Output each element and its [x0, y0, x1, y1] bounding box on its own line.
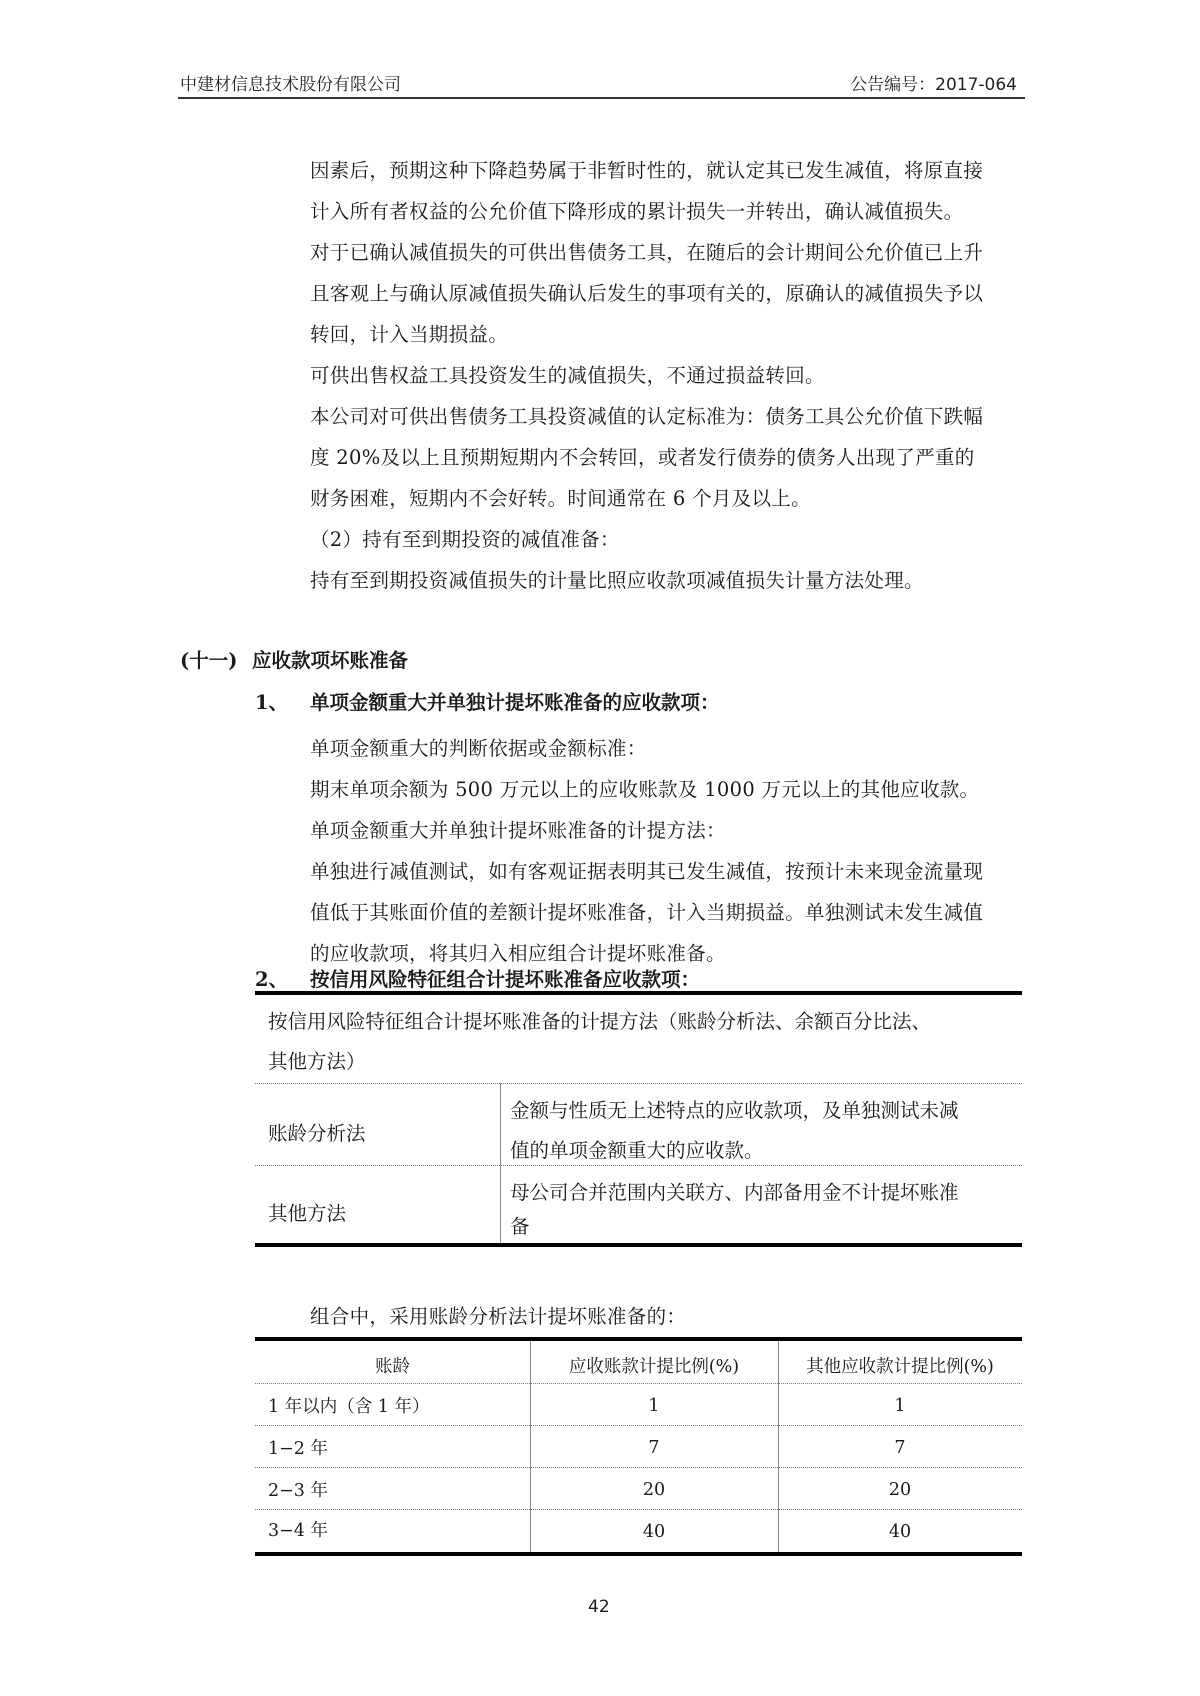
table-cell-value: 1	[778, 1396, 1022, 1416]
table-row-desc: 母公司合并范围内关联方、内部备用金不计提坏账准	[510, 1173, 959, 1213]
table-cell-age: 3−4 年	[268, 1517, 328, 1542]
body-line: 对于已确认减值损失的可供出售债务工具，在随后的会计期间公允价值已上升	[310, 232, 1025, 273]
table-top-rule	[255, 991, 1022, 995]
sub1-line: 期末单项余额为 500 万元以上的应收账款及 1000 万元以上的其他应收款。	[310, 769, 1025, 810]
table-row-desc: 备	[510, 1210, 530, 1244]
table-bottom-rule	[255, 1552, 1022, 1556]
table-cell-age: 2−3 年	[268, 1477, 328, 1502]
column-divider	[500, 1083, 501, 1245]
company-name: 中建材信息技术股份有限公司	[180, 70, 401, 95]
table-cell-age: 1−2 年	[268, 1435, 328, 1460]
section-title: 应收款项坏账准备	[252, 649, 408, 672]
body-line: 本公司对可供出售债务工具投资减值的认定标准为：债务工具公允价值下跌幅	[310, 396, 1025, 437]
section-heading: (十一)应收款项坏账准备	[180, 645, 408, 673]
table-header-line: 按信用风险特征组合计提坏账准备的计提方法（账龄分析法、余额百分比法、	[268, 1002, 1018, 1042]
sub1-line: 值低于其账面价值的差额计提坏账准备，计入当期损益。单独测试未发生减值	[310, 892, 1025, 933]
table-cell-value: 40	[778, 1522, 1022, 1542]
body-line: 计入所有者权益的公允价值下降形成的累计损失一并转出，确认减值损失。	[310, 191, 1025, 232]
announcement-number: 公告编号：2017-064	[850, 70, 1017, 95]
table-cell-value: 20	[530, 1480, 778, 1500]
body-line: 且客观上与确认原减值损失确认后发生的事项有关的，原确认的减值损失予以	[310, 273, 1025, 314]
table-bottom-rule	[255, 1243, 1022, 1247]
table-cell-value: 7	[778, 1438, 1022, 1458]
header-rule	[178, 97, 1025, 99]
row-divider	[255, 1467, 1022, 1468]
column-header: 其他应收款计提比例(%)	[778, 1353, 1022, 1378]
table-cell-value: 7	[530, 1438, 778, 1458]
table-cell-value: 1	[530, 1396, 778, 1416]
sub1-line: 单项金额重大的判断依据或金额标准：	[310, 728, 1025, 769]
section-number: (十一)	[180, 645, 252, 673]
body-line: 转回，计入当期损益。	[310, 314, 1025, 355]
page-header: 中建材信息技术股份有限公司 公告编号：2017-064	[178, 70, 1025, 98]
table-row-method: 其他方法	[268, 1198, 346, 1226]
body-line: 度 20%及以上且预期短期内不会转回，或者发行债券的债务人出现了严重的	[310, 437, 1025, 478]
subsection-number: 1、	[255, 687, 310, 715]
subsection-title: 按信用风险特征组合计提坏账准备应收款项：	[310, 968, 700, 991]
sub1-line: 单项金额重大并单独计提坏账准备的计提方法：	[310, 810, 1025, 851]
subsection-2-heading: 2、按信用风险特征组合计提坏账准备应收款项：	[255, 964, 700, 992]
subsection-title: 单项金额重大并单独计提坏账准备的应收款项：	[310, 691, 720, 714]
row-divider	[255, 1509, 1022, 1510]
row-divider	[255, 1165, 1022, 1166]
body-line: （2）持有至到期投资的减值准备：	[310, 519, 1025, 560]
body-line: 持有至到期投资减值损失的计量比照应收款项减值损失计量方法处理。	[310, 560, 1025, 601]
column-header: 账龄	[255, 1353, 530, 1378]
column-header: 应收账款计提比例(%)	[530, 1353, 778, 1378]
row-divider	[255, 1383, 1022, 1384]
table-header-line: 其他方法）	[268, 1042, 366, 1082]
subsection-number: 2、	[255, 964, 310, 992]
table-cell-value: 20	[778, 1480, 1022, 1500]
body-line: 财务困难，短期内不会好转。时间通常在 6 个月及以上。	[310, 478, 1025, 519]
body-line: 因素后，预期这种下降趋势属于非暂时性的，就认定其已发生减值，将原直接	[310, 150, 1025, 191]
table-row-method: 账龄分析法	[268, 1118, 366, 1146]
table2-caption: 组合中，采用账龄分析法计提坏账准备的：	[310, 1296, 1025, 1337]
row-divider	[255, 1425, 1022, 1426]
table-row-desc: 金额与性质无上述特点的应收款项，及单独测试未减	[510, 1091, 959, 1131]
page-number: 42	[588, 1597, 610, 1617]
row-divider	[255, 1083, 1022, 1084]
table-cell-age: 1 年以内（含 1 年）	[268, 1393, 429, 1418]
subsection-1-heading: 1、单项金额重大并单独计提坏账准备的应收款项：	[255, 687, 720, 715]
table-top-rule	[255, 1337, 1022, 1341]
table-cell-value: 40	[530, 1522, 778, 1542]
sub1-line: 单独进行减值测试，如有客观证据表明其已发生减值，按预计未来现金流量现	[310, 851, 1025, 892]
body-line: 可供出售权益工具投资发生的减值损失，不通过损益转回。	[310, 355, 1025, 396]
